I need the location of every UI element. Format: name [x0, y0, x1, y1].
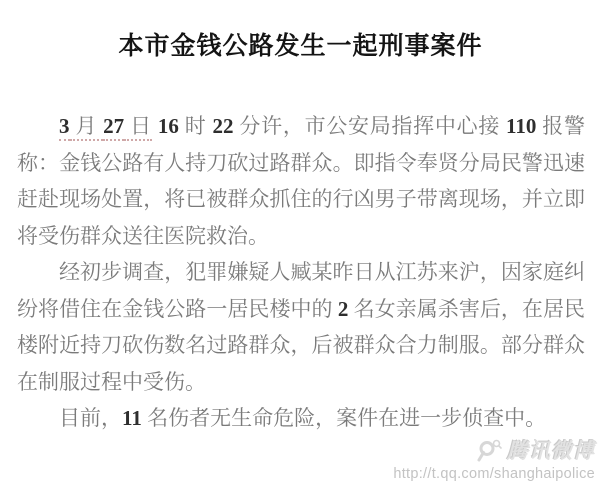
paragraph: 3 月 27 日 16 时 22 分许，市公安局指挥中心接 110 报警称：金钱… [17, 108, 585, 254]
numeral-text: 3 [59, 114, 70, 141]
document-title: 本市金钱公路发生一起刑事案件 [0, 26, 601, 62]
numeral-text: 27 [103, 114, 124, 141]
numeral-text: 110 [506, 114, 536, 138]
underlined-date-text: 日 [124, 114, 152, 141]
numeral-text: 11 [122, 406, 142, 430]
document-page: 本市金钱公路发生一起刑事案件 3 月 27 日 16 时 22 分许，市公安局指… [0, 0, 601, 487]
watermark: 腾讯微博 http://t.qq.com/shanghaipolice [393, 435, 595, 482]
paragraph: 经初步调查，犯罪嫌疑人臧某昨日从江苏来沪，因家庭纠纷将借住在金钱公路一居民楼中的… [17, 254, 585, 400]
numeral-text: 2 [338, 297, 349, 321]
watermark-url: http://t.qq.com/shanghaipolice [393, 466, 595, 482]
paragraph: 目前，11 名伤者无生命危险，案件在进一步侦查中。 [17, 400, 585, 437]
document-body: 3 月 27 日 16 时 22 分许，市公安局指挥中心接 110 报警称：金钱… [17, 108, 585, 437]
text-run: 目前， [59, 406, 122, 430]
text-run: 时 [179, 114, 213, 138]
underlined-date-text: 月 [70, 114, 104, 141]
tencent-weibo-logo-icon [475, 439, 502, 462]
watermark-brand-text: 腾讯微博 [507, 435, 595, 465]
watermark-brand-row: 腾讯微博 [393, 435, 595, 465]
text-run: 分许，市公安局指挥中心接 [233, 114, 506, 138]
numeral-text: 16 [158, 114, 179, 138]
numeral-text: 22 [212, 114, 233, 138]
text-run: 名伤者无生命危险，案件在进一步侦查中。 [142, 406, 546, 430]
